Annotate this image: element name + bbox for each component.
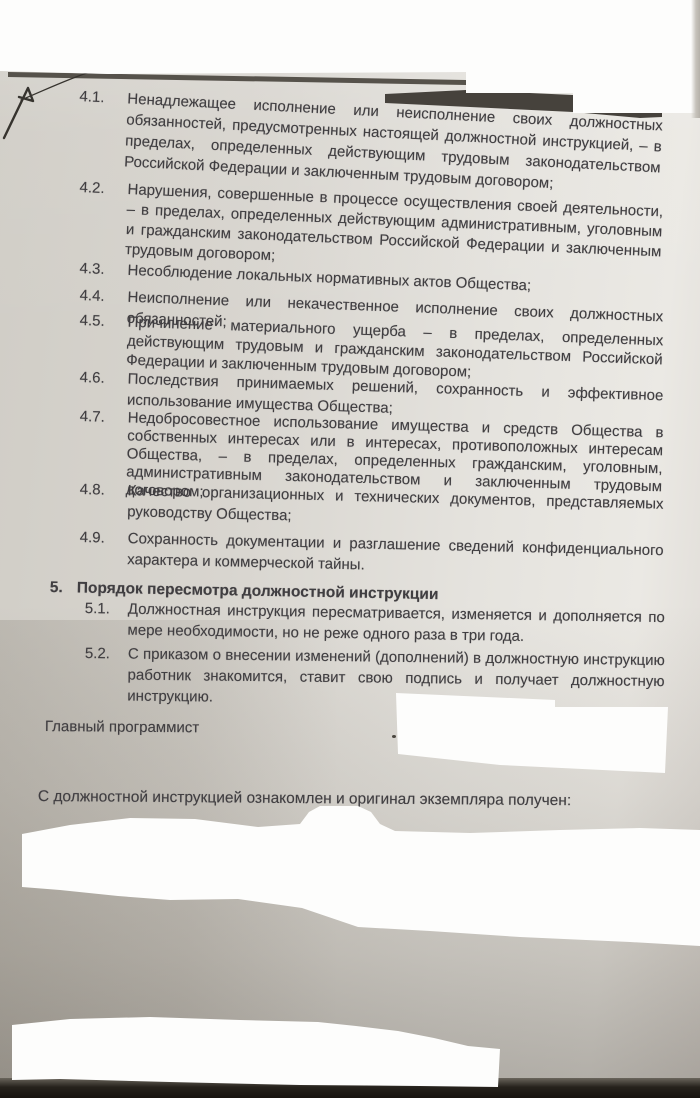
- document-content: 4.1. Ненадлежащее исполнение или неиспол…: [0, 0, 700, 1098]
- list-item-4-9: 4.9. Сохранность документации и разглаше…: [79, 527, 670, 582]
- item-number: 4.6.: [79, 367, 128, 410]
- pen-mark-icon: [0, 58, 120, 153]
- signature-role-line: Главный программист: [45, 716, 199, 738]
- document-photo: 4.1. Ненадлежащее исполнение или неиспол…: [0, 0, 700, 1098]
- item-text: С приказом о внесении изменений (дополне…: [127, 644, 665, 714]
- list-item-5-2: 5.2. С приказом о внесении изменений (до…: [84, 643, 675, 713]
- item-number: 4.3.: [79, 258, 128, 281]
- item-number: 4.8.: [79, 479, 128, 522]
- pen-dot: [392, 735, 396, 738]
- item-number: 4.9.: [79, 527, 128, 570]
- section-number: 5.: [50, 577, 77, 598]
- item-text: Должностная инструкция пересматривается,…: [127, 599, 665, 649]
- acknowledgement-line: С должностной инструкцией ознакомлен и о…: [38, 786, 571, 811]
- item-number: 4.5.: [78, 311, 128, 370]
- list-item-5-1: 5.1. Должностная инструкция пересматрива…: [84, 598, 675, 649]
- item-number: 5.1.: [84, 598, 128, 641]
- item-number: 5.2.: [84, 643, 128, 707]
- item-text: Сохранность документации и разглашение с…: [127, 528, 664, 582]
- item-number: 4.2.: [77, 178, 128, 260]
- photo-bottom-edge: [0, 1078, 700, 1098]
